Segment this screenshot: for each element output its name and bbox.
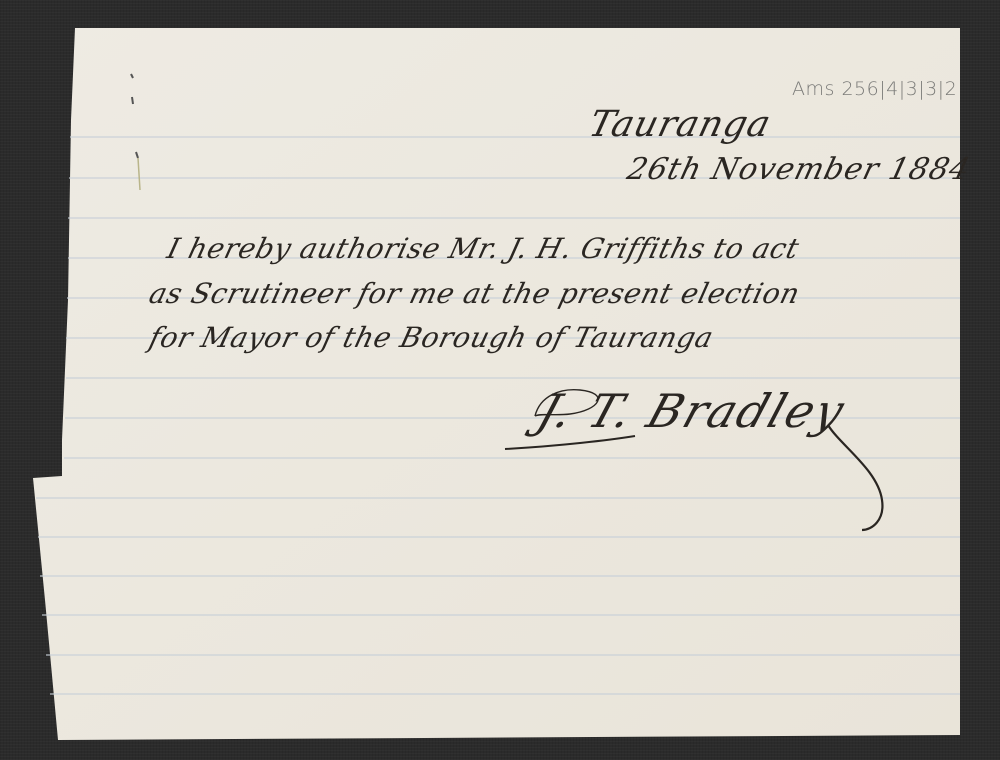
body-line-3: for Mayor of the Borough of Tauranga [146,321,717,354]
letter-sheet: Ams 256|4|3|3|2 Tauranga 26th November 1… [0,0,1000,760]
archive-reference: Ams 256|4|3|3|2 [792,78,957,100]
signature: J. T. Bradley [531,384,852,438]
paper-shape [0,0,1000,760]
body-line-1: I hereby authorise Mr. J. H. Griffiths t… [164,232,803,265]
place-heading: Tauranga [585,104,775,145]
date-line: 26th November 1884 [624,152,974,187]
body-line-2: as Scrutineer for me at the present elec… [146,277,804,310]
